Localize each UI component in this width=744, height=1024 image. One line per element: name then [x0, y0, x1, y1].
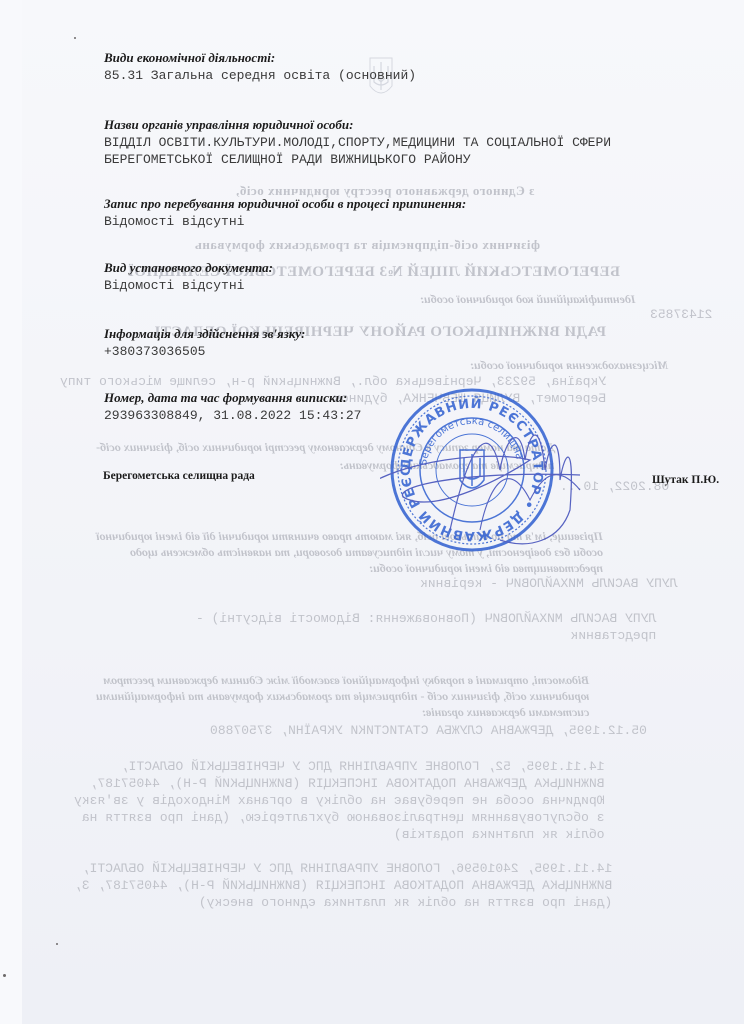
field-label-founding-document: Вид установчого документа: [104, 260, 273, 276]
field-value-founding-document: Відомості відсутні [104, 277, 244, 294]
field-value-contact: +380373036505 [104, 343, 205, 360]
bleed-code-value: 21437853 [650, 306, 712, 323]
scan-speck [3, 974, 6, 977]
field-label-activities: Види економічної діяльності: [104, 50, 275, 66]
scan-margin [0, 0, 22, 1024]
field-label-extract-number: Номер, дата та час формування виписки: [104, 390, 347, 406]
field-label-contact: Інформація для здійснення зв'язку: [104, 326, 305, 342]
bleed-info-value-1: 05.12.1995, ДЕРЖАВНА СЛУЖБА СТАТИСТИКИ У… [210, 722, 647, 739]
official-stamp-icon: ДЕРЖАВНИЙ РЕЄСТРАТОР • ДЕРЖАВНИЙ РЕЄСТРА… [380, 380, 600, 560]
scanned-page: з Єдиного державного реєстру юридичних о… [0, 0, 744, 1024]
bleed-info-value-3: 14.11.1995, 24010596, ГОЛОВНЕ УПРАВЛІННЯ… [74, 860, 612, 911]
bleed-persons-value-1: ЛУПУ ВАСИЛЬ МИХАЙЛОВИЧ - керівник [420, 575, 677, 592]
field-label-management: Назви органів управління юридичної особи… [104, 117, 353, 133]
signature-signatory: Шутак П.Ю. [652, 474, 719, 486]
signature-organization: Берегометська селищна рада [103, 470, 255, 482]
bleed-location-label: Місцезнаходження юридичної особи: [470, 358, 668, 373]
scan-speck [74, 37, 76, 39]
bleed-info-label: Відомості, отримані в порядку інформацій… [96, 672, 589, 720]
scan-speck [56, 943, 58, 945]
bleed-persons-value-2: ЛУПУ ВАСИЛЬ МИХАЙЛОВИЧ (Повноваження: Ві… [196, 610, 656, 644]
field-value-extract-number: 293963308849, 31.08.2022 15:43:27 [104, 407, 361, 424]
field-label-termination: Запис про перебування юридичної особи в … [104, 196, 466, 212]
bleed-info-value-2: 14.11.1995, 52, ГОЛОВНЕ УПРАВЛІННЯ ДПС У… [74, 758, 605, 843]
field-value-management: ВІДДІЛ ОСВІТИ.КУЛЬТУРИ.МОЛОДІ,СПОРТУ,МЕД… [104, 134, 611, 168]
field-value-termination: Відомості відсутні [104, 213, 244, 230]
bleed-code-label: Ідентифікаційний код юридичної особи: [420, 292, 635, 307]
field-value-activities: 85.31 Загальна середня освіта (основний) [104, 67, 416, 84]
